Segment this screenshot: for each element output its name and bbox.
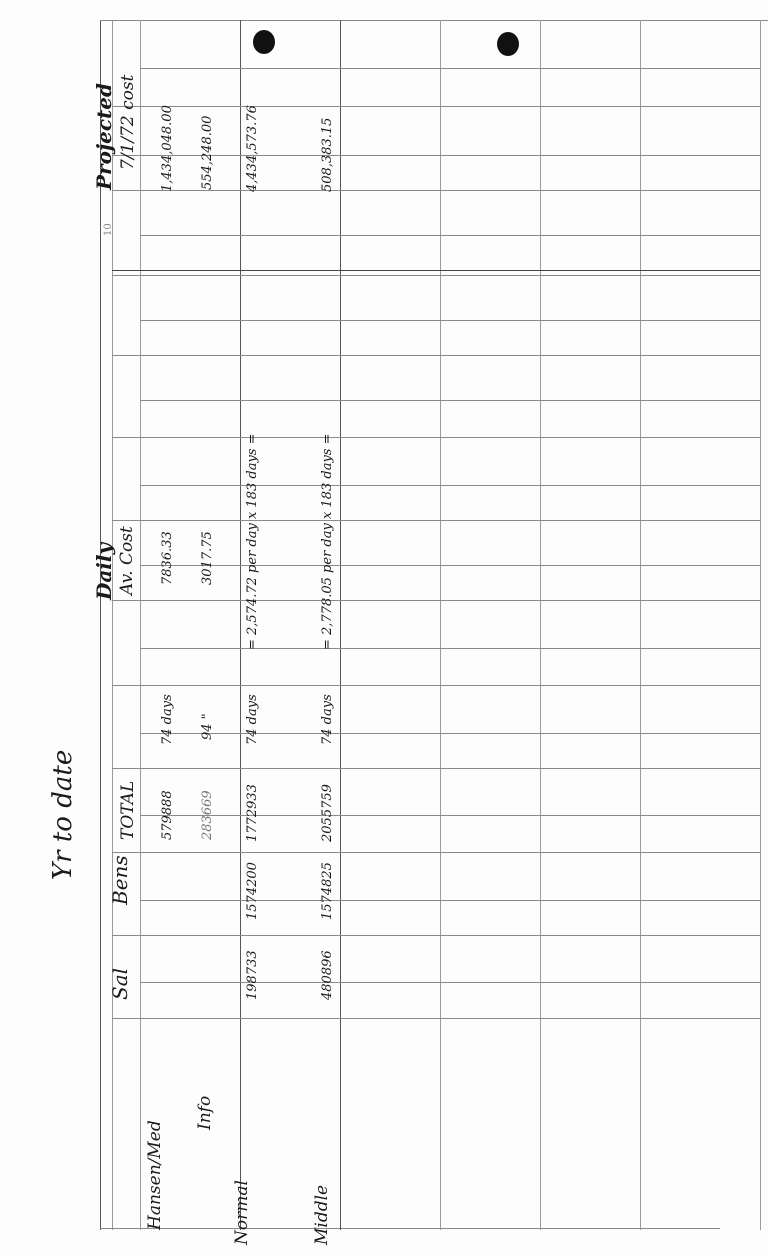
header-sal: Sal [108, 968, 132, 1000]
projected-cell: 508,383.15 [320, 118, 335, 192]
calc-cell: = 2,574.72 per day x 183 days = [245, 434, 260, 650]
col-line [760, 20, 761, 1230]
row-line [140, 733, 760, 734]
total-cell: 2055759 [320, 784, 335, 842]
row-label: Middle [312, 1185, 332, 1245]
calc-cell: = 2,778.05 per day x 183 days = [320, 434, 335, 650]
daily-cost-cell: 7836.33 [160, 531, 175, 585]
row-line [112, 355, 760, 356]
ledger-sheet: Yr to date 10 Sal Bens TOTAL Daily Av. C… [0, 0, 768, 1255]
sal-cell: 480896 [320, 950, 335, 1000]
punch-hole [253, 30, 275, 54]
col-line [640, 20, 641, 1230]
col-line [340, 20, 341, 1230]
row-line [140, 815, 760, 816]
projected-cell: 554,248.00 [200, 116, 215, 190]
header-daily: Daily [92, 543, 116, 600]
row-line [140, 400, 760, 401]
total-cell: 1772933 [245, 784, 260, 842]
header-total: TOTAL [118, 781, 138, 840]
header-projected: Projected [92, 83, 116, 190]
col-line [440, 20, 441, 1230]
total-cell: 283669 [200, 790, 215, 840]
document-title: Yr to date [48, 750, 78, 880]
row-line [112, 106, 760, 107]
row-line [112, 768, 760, 769]
days-cell: 74 days [160, 694, 175, 745]
row-line [112, 935, 760, 936]
row-line [112, 685, 760, 686]
col-line [240, 20, 241, 1230]
row-line [112, 600, 760, 601]
col-line [540, 20, 541, 1230]
row-line [140, 485, 760, 486]
header-av-cost: Av. Cost [117, 526, 137, 595]
frame-left-inner [112, 20, 113, 1230]
sal-cell: 198733 [245, 950, 260, 1000]
daily-cost-cell: 3017.75 [200, 531, 215, 585]
frame-left [100, 20, 101, 1230]
row-line [112, 270, 760, 271]
header-bens: Bens [108, 855, 132, 905]
row-line [140, 235, 760, 236]
row-line [112, 520, 760, 521]
row-line [140, 900, 760, 901]
row-line [140, 565, 760, 566]
frame-top [100, 20, 768, 21]
margin-mark: 10 [103, 223, 114, 236]
row-line [112, 852, 760, 853]
row-line [112, 190, 760, 191]
projected-cell: 4,434,573.76 [245, 105, 260, 192]
row-label: Normal [232, 1180, 252, 1245]
row-line [112, 437, 760, 438]
bens-cell: 1574200 [245, 862, 260, 920]
row-line [140, 68, 760, 69]
bens-cell: 1574825 [320, 862, 335, 920]
frame-bottom [100, 1228, 720, 1229]
days-cell: 74 days [320, 694, 335, 745]
total-cell: 579888 [160, 790, 175, 840]
row-label: Info [195, 1096, 215, 1130]
days-cell: 94 " [200, 713, 215, 740]
projected-cell: 1,434,048.00 [160, 105, 175, 192]
row-line [140, 982, 760, 983]
row-line [140, 648, 760, 649]
row-line [140, 320, 760, 321]
col-line [140, 20, 141, 1230]
punch-hole [497, 32, 519, 56]
row-line [112, 275, 760, 276]
days-cell: 74 days [245, 694, 260, 745]
row-line [112, 1018, 760, 1019]
row-label: Hansen/Med [145, 1120, 165, 1230]
header-projected-date: 7/1/72 cost [118, 75, 138, 170]
